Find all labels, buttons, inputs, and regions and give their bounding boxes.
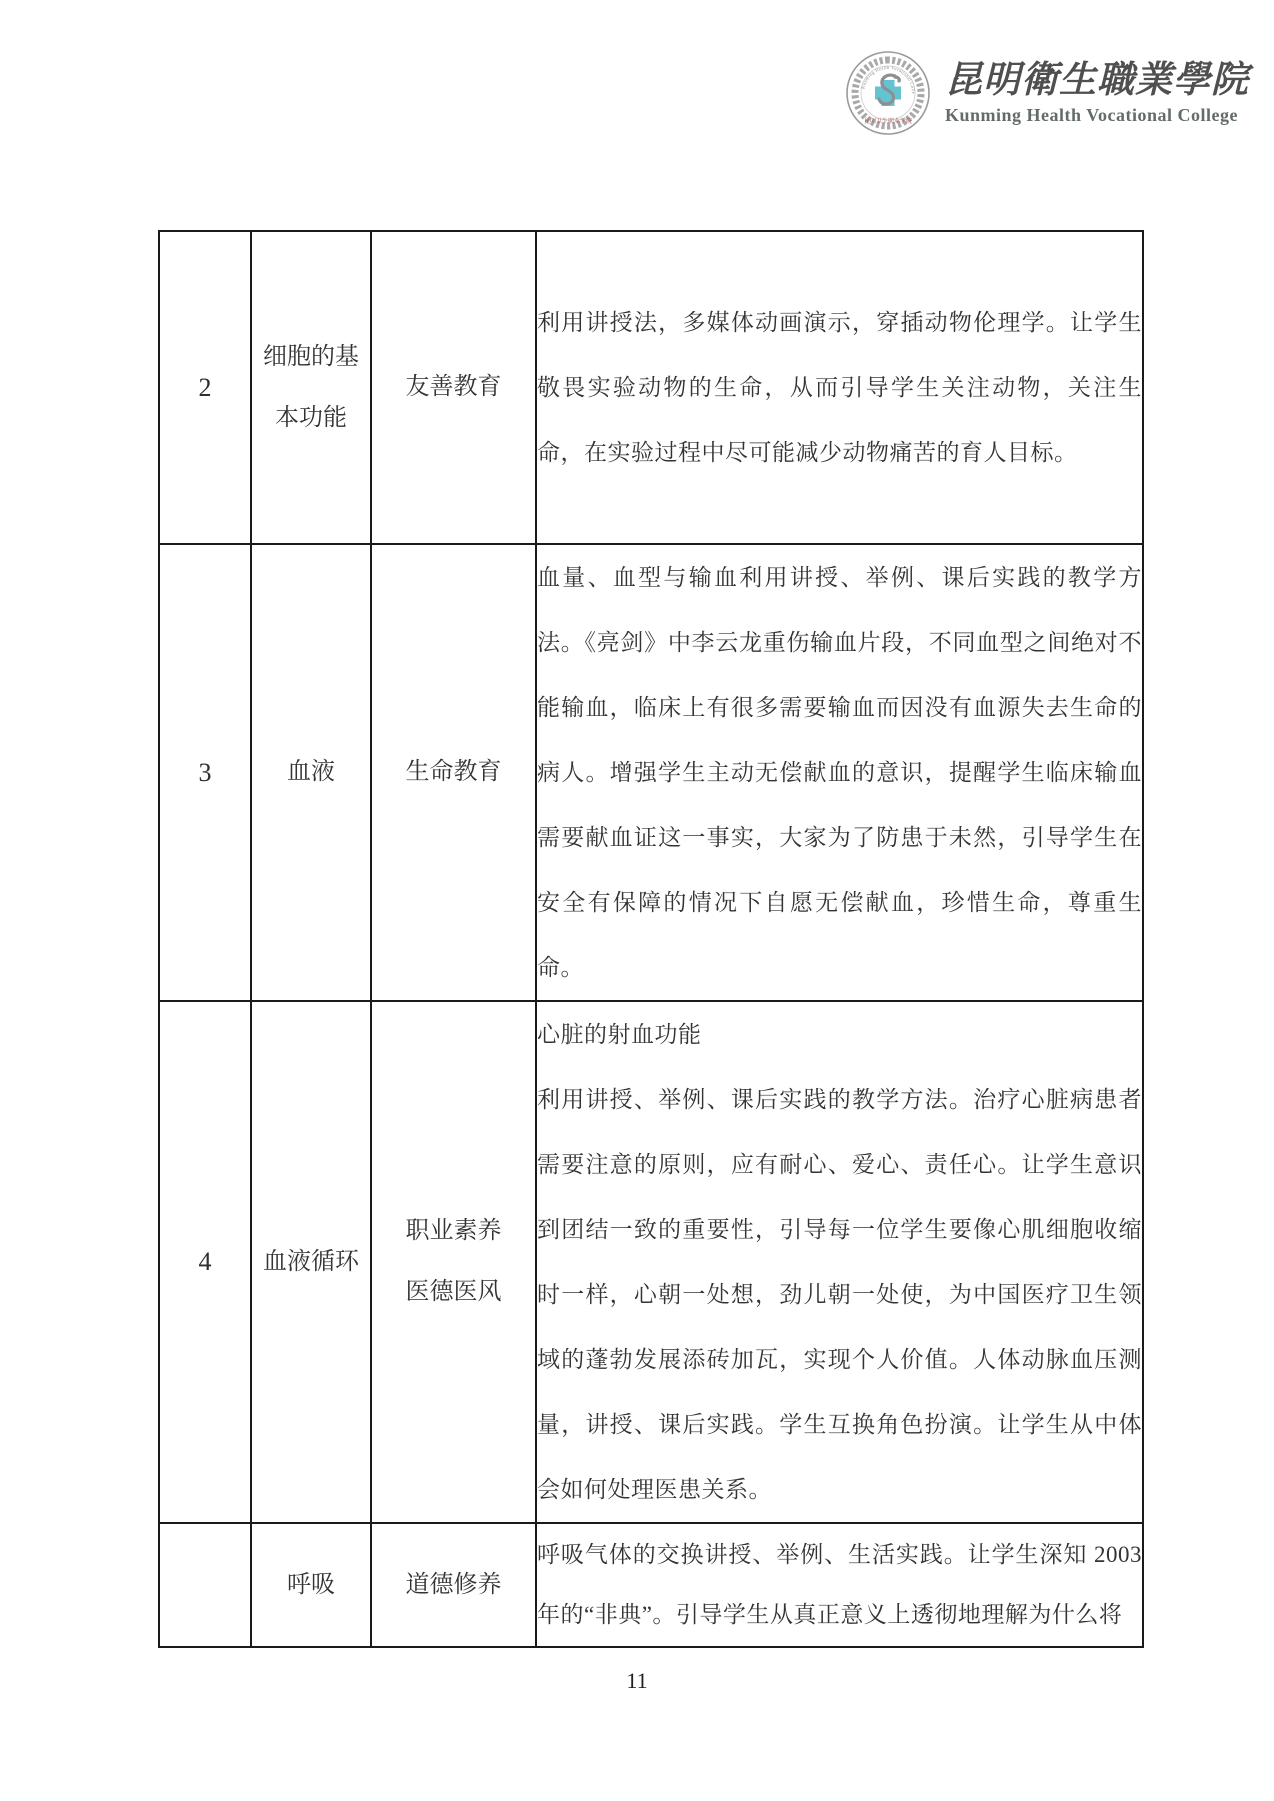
row-number-cell [159, 1523, 251, 1647]
description-cell: 血量、血型与输血利用讲授、举例、课后实践的教学方法。《亮剑》中李云龙重伤输血片段… [536, 544, 1143, 1001]
description-cell: 利用讲授法，多媒体动画演示，穿插动物伦理学。让学生敬畏实验动物的生命，从而引导学… [536, 231, 1143, 544]
topic-cell: 呼吸 [251, 1523, 371, 1647]
table-row: 呼吸 道德修养 呼吸气体的交换讲授、举例、生活实践。让学生深知 2003 年的“… [159, 1523, 1143, 1647]
row-number-cell: 3 [159, 544, 251, 1001]
topic-cell: 细胞的基 本功能 [251, 231, 371, 544]
page-number: 11 [0, 1668, 1274, 1694]
theme-cell: 职业素养 医德医风 [371, 1001, 536, 1523]
college-name-block: 昆明衛生職業學院 Kunming Health Vocational Colle… [945, 61, 1249, 126]
document-page: Kunming Health Vocational College 昆明卫生职业… [0, 0, 1274, 1801]
description-paragraph: 呼吸气体的交换讲授、举例、生活实践。让学生深知 2003 年的“非典”。引导学生… [537, 1525, 1142, 1645]
table-row: 2 细胞的基 本功能 友善教育 利用讲授法，多媒体动画演示，穿插动物伦理学。让学… [159, 231, 1143, 544]
topic-cell: 血液循环 [251, 1001, 371, 1523]
theme-cell: 友善教育 [371, 231, 536, 544]
course-ideology-table: 2 细胞的基 本功能 友善教育 利用讲授法，多媒体动画演示，穿插动物伦理学。让学… [158, 230, 1144, 1648]
theme-cell: 生命教育 [371, 544, 536, 1001]
description-paragraph: 血量、血型与输血利用讲授、举例、课后实践的教学方法。《亮剑》中李云龙重伤输血片段… [537, 545, 1142, 1000]
theme-cell: 道德修养 [371, 1523, 536, 1647]
description-paragraph: 利用讲授法，多媒体动画演示，穿插动物伦理学。让学生敬畏实验动物的生命，从而引导学… [537, 290, 1142, 485]
description-cell: 呼吸气体的交换讲授、举例、生活实践。让学生深知 2003 年的“非典”。引导学生… [536, 1523, 1143, 1647]
description-paragraph: 心脏的射血功能 [537, 1002, 1142, 1067]
description-paragraph: 利用讲授、举例、课后实践的教学方法。治疗心脏病患者需要注意的原则，应有耐心、爱心… [537, 1067, 1142, 1522]
seal-bottom-text: 昆明卫生职业学院 [864, 117, 912, 125]
topic-cell: 血液 [251, 544, 371, 1001]
row-number-cell: 4 [159, 1001, 251, 1523]
row-number-cell: 2 [159, 231, 251, 544]
college-logo: Kunming Health Vocational College 昆明卫生职业… [845, 50, 1249, 136]
description-cell: 心脏的射血功能 利用讲授、举例、课后实践的教学方法。治疗心脏病患者需要注意的原则… [536, 1001, 1143, 1523]
table-row: 4 血液循环 职业素养 医德医风 心脏的射血功能 利用讲授、举例、课后实践的教学… [159, 1001, 1143, 1523]
college-seal-icon: Kunming Health Vocational College 昆明卫生职业… [845, 50, 931, 136]
college-name-en: Kunming Health Vocational College [945, 105, 1249, 126]
college-name-zh: 昆明衛生職業學院 [945, 61, 1249, 101]
table-row: 3 血液 生命教育 血量、血型与输血利用讲授、举例、课后实践的教学方法。《亮剑》… [159, 544, 1143, 1001]
